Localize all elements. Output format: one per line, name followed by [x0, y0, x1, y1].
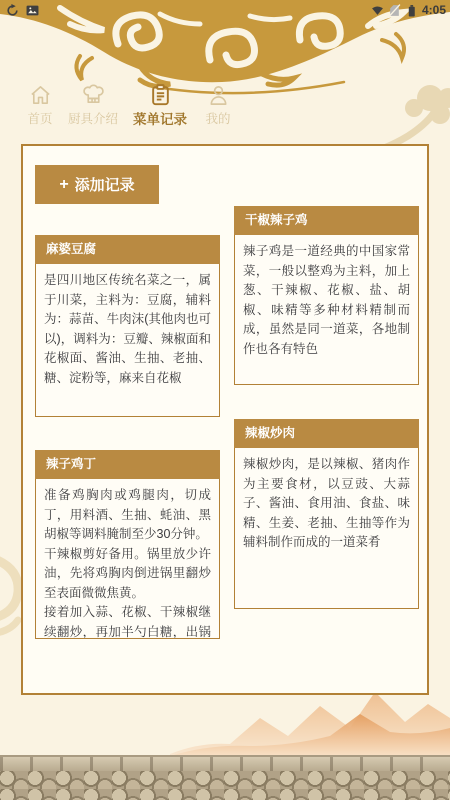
recipe-card-title: 干椒辣子鸡	[234, 206, 419, 235]
roof-railing	[0, 755, 450, 771]
roof-tile-pattern	[0, 771, 450, 800]
tab-cookware-intro[interactable]: 厨具介绍	[58, 84, 128, 128]
person-icon	[207, 84, 230, 107]
clipboard-icon	[149, 84, 172, 106]
battery-icon	[405, 4, 418, 17]
recipe-card-description: 是四川地区传统名菜之一，属于川菜，主料为：豆腐，辅料为：蒜苗、牛肉沫(其他肉也可…	[35, 264, 220, 417]
tab-cookware-intro-label: 厨具介绍	[68, 109, 118, 127]
add-record-label: 添加记录	[75, 174, 135, 195]
recipe-card-dried-chili-chicken[interactable]: 干椒辣子鸡 辣子鸡是一道经典的中国家常菜，一般以整鸡为主料，加上葱、干辣椒、花椒…	[234, 206, 419, 385]
plus-icon: +	[59, 177, 68, 193]
recipe-card-title: 麻婆豆腐	[35, 235, 220, 264]
recipe-card-spicy-chicken-cubes[interactable]: 辣子鸡丁 准备鸡胸肉或鸡腿肉，切成丁，用料酒、生抽、蚝油、黑胡椒等调料腌制至少3…	[35, 450, 220, 639]
recipe-card-title: 辣子鸡丁	[35, 450, 220, 479]
recipe-card-description: 准备鸡胸肉或鸡腿肉，切成丁，用料酒、生抽、蚝油、黑胡椒等调料腌制至少30分钟。 …	[35, 479, 220, 639]
recipe-card-mapo-tofu[interactable]: 麻婆豆腐 是四川地区传统名菜之一，属于川菜，主料为：豆腐，辅料为：蒜苗、牛肉沫(…	[35, 235, 220, 417]
tab-bar: 首页 厨具介绍 菜单记录 我的	[0, 84, 450, 128]
status-bar: 4:05	[0, 0, 450, 20]
app-screen: 4:05 首页 厨具介绍 菜单记录	[0, 0, 450, 800]
mountains-decoration	[170, 684, 450, 758]
roof-tiles-decoration	[0, 755, 450, 800]
add-record-button[interactable]: + 添加记录	[35, 165, 159, 204]
tab-home-label: 首页	[27, 109, 52, 127]
tab-mine-label: 我的	[205, 109, 230, 127]
recipe-card-description: 辣椒炒肉，是以辣椒、猪肉作为主要食材，以豆豉、大蒜子、酱油、食用油、食盐、味精、…	[234, 448, 419, 609]
home-icon	[29, 84, 52, 107]
menu-records-panel: + 添加记录 麻婆豆腐 是四川地区传统名菜之一，属于川菜，主料为：豆腐，辅料为：…	[21, 144, 429, 695]
tab-menu-records[interactable]: 菜单记录	[120, 84, 200, 128]
tab-mine[interactable]: 我的	[190, 84, 246, 128]
recipe-card-chili-fried-pork[interactable]: 辣椒炒肉 辣椒炒肉，是以辣椒、猪肉作为主要食材，以豆豉、大蒜子、酱油、食用油、食…	[234, 419, 419, 609]
recipe-card-description: 辣子鸡是一道经典的中国家常菜，一般以整鸡为主料，加上葱、干辣椒、花椒、盐、胡椒、…	[234, 235, 419, 385]
wifi-icon	[371, 4, 384, 17]
image-icon	[26, 4, 39, 17]
clock-time: 4:05	[422, 3, 446, 17]
sync-icon	[6, 4, 19, 17]
recipe-card-title: 辣椒炒肉	[234, 419, 419, 448]
chef-hat-icon	[82, 84, 105, 107]
no-sim-icon	[388, 4, 401, 17]
tab-menu-records-label: 菜单记录	[133, 108, 187, 128]
